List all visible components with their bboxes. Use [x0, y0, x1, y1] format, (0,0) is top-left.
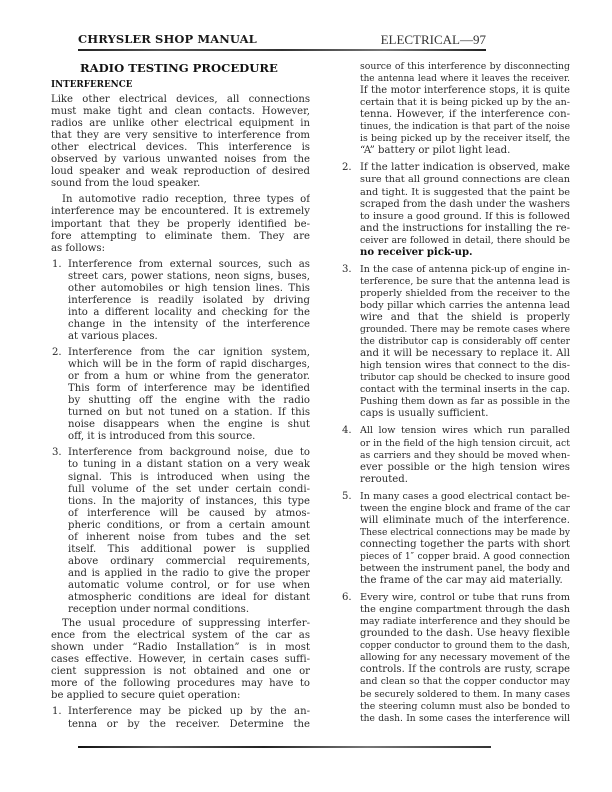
list-number: 1.	[52, 259, 62, 271]
list-item-line: or in the field of the high tension circ…	[360, 438, 570, 450]
list-item-line: In many cases a good electrical contact …	[360, 491, 570, 503]
list-item-line: or from a hum or whine from the generato…	[68, 371, 310, 383]
list-item-line: scraped from the dash under the washers	[360, 199, 570, 211]
list-item-line: to insure a good ground. If this is foll…	[360, 211, 570, 223]
list-item-line: Interference from external sources, such…	[68, 259, 310, 271]
paragraph-line: must make tight and clean contacts. Howe…	[51, 106, 310, 118]
list-item-line: Interference may be picked up by the an-	[68, 706, 310, 718]
list-number: 2.	[342, 162, 352, 174]
list-item-line: full volume of the set under certain con…	[68, 484, 310, 496]
list-item-line: the engine compartment through the dash	[360, 604, 570, 616]
list-item-line: sure that all ground connections are cle…	[360, 174, 570, 186]
list-item-line: the dash. In some cases the interference…	[360, 713, 570, 725]
section-page-number: ELECTRICAL—97	[381, 32, 486, 48]
list-item-line: terference, be sure that the antenna lea…	[360, 276, 570, 288]
list-item-line: the frame of the car may aid materially.	[360, 575, 570, 587]
list-item-line: signal. This is introduced when using th…	[68, 472, 310, 484]
list-item-line: and it will be necessary to replace it. …	[360, 348, 570, 360]
list-item-line: “A” battery or pilot light lead.	[360, 145, 570, 157]
list-item-line: of inherent noise from tubes and the set	[68, 532, 310, 544]
list-number: 6.	[342, 592, 352, 604]
paragraph-line: The usual procedure of suppressing inter…	[62, 618, 310, 630]
list-item-line: Interference from background noise, due …	[68, 447, 310, 459]
paragraph-line: cient suppression is not obtained and on…	[51, 666, 310, 678]
list-item-line: and clean so that the copper conductor m…	[360, 676, 570, 688]
section-title: RADIO TESTING PROCEDURE	[80, 61, 278, 75]
list-number: 3.	[52, 447, 62, 459]
list-item-line: pheric conditions, or from a certain amo…	[68, 520, 310, 532]
list-number: 1.	[52, 706, 62, 718]
list-item-line: off, it is introduced from this source.	[68, 431, 310, 443]
paragraph-line: be applied to secure quiet operation:	[51, 690, 310, 702]
header-rule	[78, 49, 486, 51]
list-item-line: itself. This additional power is supplie…	[68, 544, 310, 556]
list-item-line: change in the intensity of the interfere…	[68, 319, 310, 331]
list-item-line: street cars, power stations, neon signs,…	[68, 271, 310, 283]
list-number: 2.	[52, 347, 62, 359]
paragraph-line: In automotive radio reception, three typ…	[62, 194, 310, 206]
paragraph-line: that they are very sensitive to interfer…	[51, 130, 310, 142]
list-item-line: and is applied in the radio to give the …	[68, 568, 310, 580]
list-item-line: is being picked up by the receiver itsel…	[360, 133, 570, 145]
list-item-line: high tension wires that connect to the d…	[360, 360, 570, 372]
list-item-line: Every wire, control or tube that runs fr…	[360, 592, 570, 604]
list-number: 5.	[342, 491, 352, 503]
list-item-line: to tuning in a distant station on a very…	[68, 459, 310, 471]
list-item-line: interference is readily isolated by driv…	[68, 295, 310, 307]
paragraph-line: ence from the electrical system of the c…	[51, 630, 310, 642]
list-item-line: ever possible or the high tension wires	[360, 462, 570, 474]
list-item-line: no receiver pick-up.	[360, 247, 570, 259]
paragraph-line: as follows:	[51, 243, 310, 255]
list-item-line: noise disappears when the engine is shut	[68, 419, 310, 431]
list-item-line: reception under normal conditions.	[68, 604, 310, 616]
list-item-line: certain that it is being picked up by th…	[360, 97, 570, 109]
list-item-line: the steering column must also be bonded …	[360, 701, 570, 713]
list-item-line: and the instructions for installing the …	[360, 223, 570, 235]
list-item-line: pieces of 1″ copper braid. A good connec…	[360, 551, 570, 563]
list-item-line: This form of interference may be identif…	[68, 383, 310, 395]
list-item-line: which will be in the form of rapid disch…	[68, 359, 310, 371]
manual-title: CHRYSLER SHOP MANUAL	[78, 32, 257, 46]
list-item-line: tenna or by the receiver. Determine the	[68, 719, 310, 731]
paragraph-line: more of the following procedures may hav…	[51, 678, 310, 690]
paragraph-line: cases effective. However, in certain cas…	[51, 654, 310, 666]
paragraph-line: observed by various unwanted noises from…	[51, 154, 310, 166]
list-item-line: ceiver are followed in detail, there sho…	[360, 235, 570, 247]
list-item-line: turned on but not tuned on a station. If…	[68, 407, 310, 419]
paragraph-line: shown under “Radio Installation” is in m…	[51, 642, 310, 654]
paragraph-line: important that they be properly identifi…	[51, 219, 310, 231]
list-item-line: tributor cap should be checked to insure…	[360, 372, 570, 384]
subsection-heading: INTERFERENCE	[51, 80, 132, 90]
list-item-line: tenna. However, if the interference con-	[360, 109, 570, 121]
paragraph-line: sound from the loud speaker.	[51, 178, 310, 190]
list-item-line: into a different locality and checking f…	[68, 307, 310, 319]
list-item-line: body pillar which carries the antenna le…	[360, 300, 570, 312]
list-item-line: tinues, the indication is that part of t…	[360, 121, 570, 133]
list-item-line: controls. If the controls are rusty, scr…	[360, 664, 570, 676]
list-item-line: may radiate interference and they should…	[360, 616, 570, 628]
list-item-line: automatic volume control, or for use whe…	[68, 580, 310, 592]
paragraph-line: radios are unlike other electrical equip…	[51, 118, 310, 130]
list-item-line: at various places.	[68, 331, 310, 343]
list-item-line: allowing for any necessary movement of t…	[360, 652, 570, 664]
list-item-line: caps is usually sufficient.	[360, 408, 570, 420]
list-item-line: as carriers and they should be moved whe…	[360, 450, 570, 462]
running-header: CHRYSLER SHOP MANUAL ELECTRICAL—97	[78, 28, 486, 48]
list-item-line: will eliminate much of the interference.	[360, 515, 570, 527]
list-item-line: atmospheric conditions are ideal for dis…	[68, 592, 310, 604]
list-item-line: Interference from the car ignition syste…	[68, 347, 310, 359]
list-item-line: If the motor interference stops, it is q…	[360, 85, 570, 97]
list-item-line: If the latter indication is observed, ma…	[360, 162, 570, 174]
list-item-line: wire and that the shield is properly	[360, 312, 570, 324]
list-item-line: between the instrument panel, the body a…	[360, 563, 570, 575]
list-item-line: properly shielded from the receiver to t…	[360, 288, 570, 300]
list-item-line: above ordinary commercial requirements,	[68, 556, 310, 568]
list-item-line: source of this interference by disconnec…	[360, 61, 570, 73]
list-number: 3.	[342, 264, 352, 276]
list-item-line: In the case of antenna pick-up of engine…	[360, 264, 570, 276]
list-item-line: grounded to the dash. Use heavy flexible	[360, 628, 570, 640]
list-item-line: tions. In the majority of instances, thi…	[68, 496, 310, 508]
list-item-line: rerouted.	[360, 474, 570, 486]
list-item-line: and tight. It is suggested that the pain…	[360, 187, 570, 199]
footer-rule	[78, 746, 491, 748]
paragraph-line: loud speaker and weak reproduction of de…	[51, 166, 310, 178]
list-item-line: the antenna lead where it leaves the rec…	[360, 73, 570, 85]
list-item-line: tween the engine block and frame of the …	[360, 503, 570, 515]
list-item-line: of interference will be caused by atmos-	[68, 508, 310, 520]
list-item-line: connecting together the parts with short	[360, 539, 570, 551]
list-item-line: be securely soldered to them. In many ca…	[360, 689, 570, 701]
paragraph-line: other electrical devices. This interfere…	[51, 142, 310, 154]
list-item-line: Pushing them down as far as possible in …	[360, 396, 570, 408]
list-number: 4.	[342, 425, 352, 437]
list-item-line: the distributor cap is considerably off …	[360, 336, 570, 348]
paragraph-line: fore attempting to eliminate them. They …	[51, 231, 310, 243]
list-item-line: These electrical connections may be made…	[360, 527, 570, 539]
paragraph-line: interference may be encountered. It is e…	[51, 206, 310, 218]
list-item-line: copper conductor to ground them to the d…	[360, 640, 570, 652]
list-item-line: by shutting off the engine with the radi…	[68, 395, 310, 407]
list-item-line: All low tension wires which run paralled…	[360, 425, 570, 437]
list-item-line: grounded. There may be remote cases wher…	[360, 324, 570, 336]
list-item-line: other automobiles or high tension lines.…	[68, 283, 310, 295]
list-item-line: contact with the terminal inserts in the…	[360, 384, 570, 396]
paragraph-line: Like other electrical devices, all conne…	[51, 94, 310, 106]
